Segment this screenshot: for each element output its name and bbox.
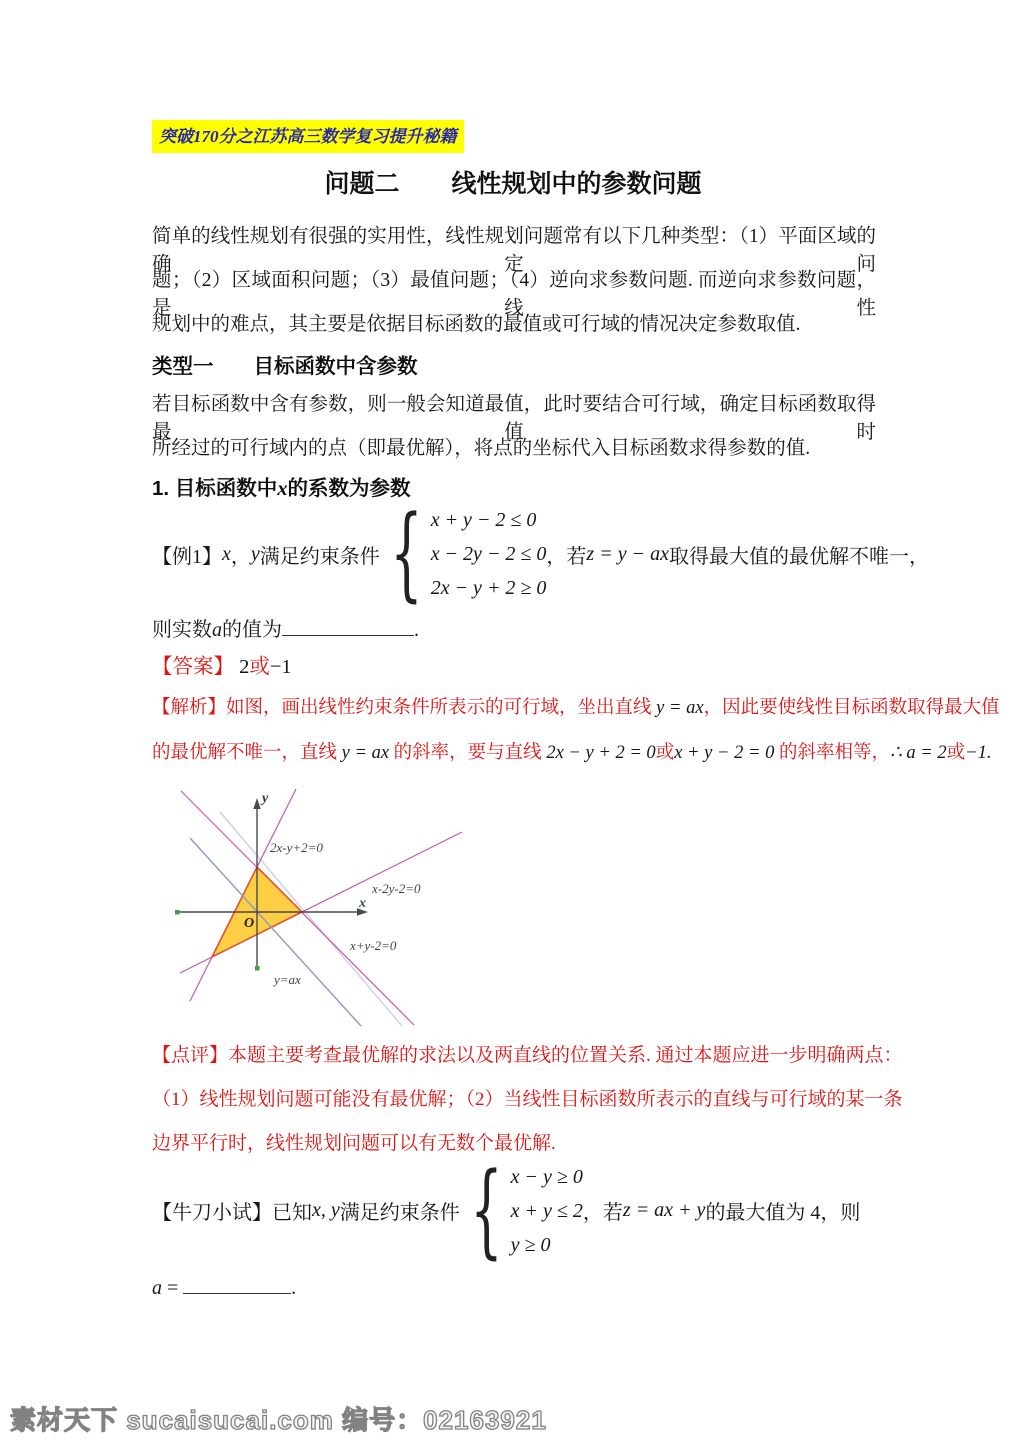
intro-line-2: 题；（2）区域面积问题；（3）最值问题；（4）逆向求参数问题. 而逆向求参数问题…: [152, 267, 876, 295]
watermark-footer: 素材天下 sucaisucai.com 编号：02163921: [10, 1400, 547, 1437]
sub1-var-x: x: [277, 478, 287, 500]
final-period: .: [291, 1277, 296, 1299]
example1-label: 【例1】: [152, 540, 222, 569]
label-line-2x-y+2: 2x-y+2=0: [270, 840, 323, 855]
analysis-l2-t2: 的斜率，要与直线: [389, 743, 546, 763]
label-y-axis: y: [260, 791, 269, 806]
example1-constraint-3: 2x − y + 2 ≥ 0: [431, 571, 547, 605]
practice-vars: x, y: [312, 1199, 340, 1222]
page-title-part2: 线性规划中的参数问题: [452, 171, 702, 198]
practice-block: 【牛刀小试】 已知 x, y 满足约束条件 { x − y ≥ 0 x + y …: [152, 1158, 860, 1263]
comment-line-3: 边界平行时，线性规划问题可以有无数个最优解.: [152, 1130, 912, 1158]
example1-constraint-2: x − 2y − 2 ≤ 0: [431, 537, 547, 571]
practice-constraint-3: y ≥ 0: [511, 1228, 583, 1262]
analysis-l2-m5: −1.: [965, 743, 991, 763]
practice-after-mid: 的最大值为 4，则: [705, 1196, 860, 1225]
section-type1-label: 类型一: [152, 355, 214, 378]
figure-svg: 2x-y+2=0 x-2y-2=0 x+y-2=0 y=ax O x y: [150, 788, 470, 1033]
type1-body-line-1: 若目标函数中含有参数，则一般会知道最值，此时要结合可行域，确定目标函数取得最值时: [152, 391, 876, 419]
analysis-l2-t3: 或: [656, 743, 675, 763]
label-objective-line: y=ax: [272, 972, 301, 987]
practice-brace: {: [470, 1164, 502, 1258]
example1-blank-line: 则实数a的值为.: [152, 613, 419, 642]
analysis-l2-m1: y = ax: [342, 743, 389, 763]
answer-or: 或: [249, 656, 270, 678]
header-badge-text: 突破170分之江苏高三数学复习提升秘籍: [159, 127, 457, 146]
answer-value-1: 2: [239, 656, 249, 678]
analysis-l2-t5: 或: [947, 743, 966, 763]
practice-blank-line: a = .: [152, 1272, 296, 1300]
example1-brace: {: [390, 507, 422, 601]
practice-t2: 满足约束条件: [340, 1196, 460, 1225]
answer-value-2: −1: [270, 656, 292, 678]
final-var-a: a: [152, 1277, 162, 1299]
analysis-l1-t2: ，因此要使线性目标函数取得最大值: [704, 698, 1000, 718]
example1-var-x: x: [222, 543, 231, 566]
type1-body-line-2: 所经过的可行域内的点（即最优解），将点的坐标代入目标函数求得参数的值.: [152, 435, 876, 463]
analysis-l2-t1: 的最优解不唯一，直线: [152, 743, 342, 763]
label-line-x-2y-2: x-2y-2=0: [371, 881, 421, 896]
axis-marker-left: [175, 910, 180, 915]
header-badge: 突破170分之江苏高三数学复习提升秘籍: [152, 120, 464, 153]
label-x-axis: x: [358, 896, 366, 911]
sub1-pre: 目标函数中: [175, 477, 278, 500]
analysis-l2-m3: x + y − 2 = 0: [674, 743, 774, 763]
answer-label: 【答案】: [152, 656, 234, 678]
practice-answer-blank: [183, 1272, 291, 1294]
example1-block: 【例1】 x ， y 满足约束条件 { x + y − 2 ≤ 0 x − 2y…: [152, 503, 929, 605]
example1-after-post: 取得最大值的最优解不唯一，: [669, 540, 929, 569]
comment-line-1: 【点评】本题主要考查最优解的求法以及两直线的位置关系. 通过本题应进一步明确两点…: [152, 1042, 912, 1070]
practice-objective: z = ax + y: [623, 1199, 706, 1222]
example1-constraint-1: x + y − 2 ≤ 0: [431, 503, 547, 537]
watermark-text: 素材天下 sucaisucai.com 编号：02163921: [10, 1405, 547, 1435]
example1-var-y: y: [251, 543, 260, 566]
blank-line-var-a: a: [212, 619, 222, 641]
practice-after-pre: ，若: [583, 1196, 623, 1225]
analysis-l1-t1: 如图，画出线性约束条件所表示的可行域，坐出直线: [226, 698, 656, 718]
section-type1-title: 目标函数中含参数: [254, 355, 418, 378]
blank-line-post: 的值为: [222, 619, 282, 641]
comment-line-2: （1）线性规划问题可能没有最优解；（2）当线性目标函数所表示的直线与可行域的某一…: [152, 1086, 912, 1114]
example1-objective: z = y − ax: [586, 543, 669, 566]
analysis-l2-t4: 的斜率相等，: [774, 743, 890, 763]
comment-l1-text: 本题主要考查最优解的求法以及两直线的位置关系. 通过本题应进一步明确两点：: [228, 1045, 903, 1066]
blank-line-period: .: [414, 619, 419, 641]
objective-line: [190, 838, 361, 1026]
analysis-l2-m4: ∴ a = 2: [890, 743, 947, 763]
analysis-line-1: 【解析】如图，画出线性约束条件所表示的可行域，坐出直线 y = ax，因此要使线…: [152, 694, 1022, 722]
practice-t1: 已知: [272, 1196, 312, 1225]
comment-l2-text: （1）线性规划问题可能没有最优解；（2）当线性目标函数所表示的直线与可行域的某一…: [152, 1089, 903, 1110]
sub1-num: 1.: [152, 477, 175, 500]
analysis-l1-m1: y = ax: [656, 698, 703, 718]
example1-sep: ，: [231, 540, 251, 569]
example1-after-pre: ，若: [546, 540, 586, 569]
analysis-l2-m2: 2x − y + 2 = 0: [546, 743, 655, 763]
answer-line: 【答案】 2或−1: [152, 649, 292, 679]
practice-label: 【牛刀小试】: [152, 1196, 272, 1225]
intro-line-1: 简单的线性规划有很强的实用性，线性规划问题常有以下几种类型：（1）平面区域的确定…: [152, 223, 876, 251]
axis-marker-bottom: [255, 966, 260, 971]
feasible-region-figure: 2x-y+2=0 x-2y-2=0 x+y-2=0 y=ax O x y: [150, 788, 470, 1033]
answer-blank: [282, 614, 414, 636]
label-origin: O: [244, 916, 254, 931]
analysis-label: 【解析】: [152, 698, 226, 718]
type1-body-line-2-text: 所经过的可行域内的点（即最优解），将点的坐标代入目标函数求得参数的值.: [152, 438, 810, 459]
practice-constraints: x − y ≥ 0 x + y ≤ 2 y ≥ 0: [511, 1160, 583, 1262]
page-title: 问题二线性规划中的参数问题: [152, 164, 874, 200]
practice-constraint-1: x − y ≥ 0: [511, 1160, 583, 1194]
example1-lead-text: 满足约束条件: [260, 540, 380, 569]
label-line-x+y-2: x+y-2=0: [349, 938, 397, 953]
page-title-part1: 问题二: [324, 171, 399, 198]
analysis-line-2: 的最优解不唯一，直线 y = ax 的斜率，要与直线 2x − y + 2 = …: [152, 739, 1022, 767]
example1-constraints: x + y − 2 ≤ 0 x − 2y − 2 ≤ 0 2x − y + 2 …: [431, 503, 547, 605]
comment-label: 【点评】: [152, 1045, 228, 1066]
intro-line-3: 规划中的难点，其主要是依据目标函数的最值或可行域的情况决定参数取值.: [152, 311, 876, 339]
section-heading-type1: 类型一目标函数中含参数: [152, 349, 418, 379]
sub-heading-1: 1. 目标函数中x的系数为参数: [152, 471, 411, 501]
final-equals: =: [162, 1277, 183, 1299]
y-axis-arrow: [253, 798, 260, 809]
practice-constraint-2: x + y ≤ 2: [511, 1194, 583, 1228]
blank-line-pre: 则实数: [152, 619, 212, 641]
intro-line-3-text: 规划中的难点，其主要是依据目标函数的最值或可行域的情况决定参数取值.: [152, 314, 800, 335]
